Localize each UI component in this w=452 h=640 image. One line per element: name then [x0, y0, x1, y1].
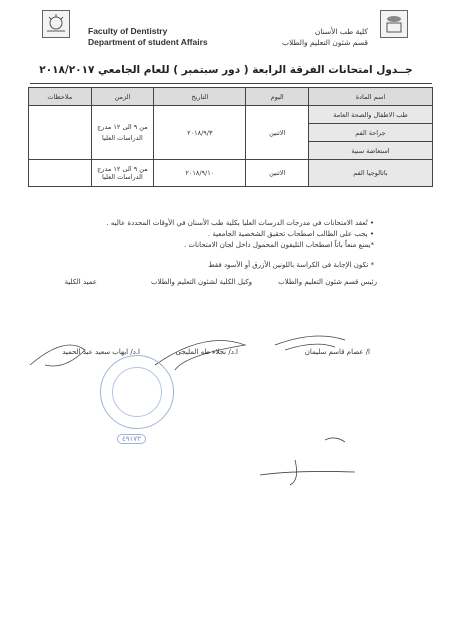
header-notes: ملاحظات [29, 88, 92, 106]
faculty-name-en: Faculty of Dentistry [88, 26, 208, 37]
signatory-name: ا.د/ نجلاء طه المليجى [176, 348, 239, 356]
notes-cell [29, 106, 92, 160]
department-name-en: Department of student Affairs [88, 37, 208, 48]
date-cell: ٢٠١٨/٩/١٠ [154, 160, 246, 187]
signatory-name: ا.د/ ايهاب سعيد عبد الحميد [62, 348, 140, 356]
header-subject: اسم المادة [308, 88, 432, 106]
stamp-number: ٤٩١٧٣ [117, 434, 146, 444]
subject-cell: جراحة الفم [308, 124, 432, 142]
signatory-title: رئيس قسم شئون التعليم والطلاب [278, 278, 377, 286]
day-cell: الاثنين [246, 160, 309, 187]
signatory-title: وكيل الكلية لشئون التعليم والطلاب [151, 278, 252, 286]
time-cell: من ٩ الى ١٢ مدرج الدراسات العليا [91, 160, 154, 187]
table-row: باثالوجيا الفم الاثنين ٢٠١٨/٩/١٠ من ٩ ال… [29, 160, 433, 187]
subject-cell: طب الاطفال والصحة العامة [308, 106, 432, 124]
instruction-item: تُعقد الامتحانات في مدرجات الدرسات العلي… [106, 218, 374, 229]
table-row: طب الاطفال والصحة العامة الاثنين ٢٠١٨/٩/… [29, 106, 433, 124]
header-time: الزمن [91, 88, 154, 106]
subject-cell: استعاضة سنية [308, 142, 432, 160]
faculty-logo [380, 10, 408, 38]
university-logo [42, 10, 70, 38]
header-day: اليوم [246, 88, 309, 106]
header-english: Faculty of Dentistry Department of stude… [88, 26, 208, 48]
exam-instructions: تُعقد الامتحانات في مدرجات الدرسات العلي… [106, 218, 374, 271]
department-name-ar: قسم شئون التعليم والطلاب [282, 37, 368, 48]
faculty-name-ar: كلية طب الأسنان [282, 26, 368, 37]
exam-schedule-table: اسم المادة اليوم التاريخ الزمن ملاحظات ط… [28, 87, 433, 187]
time-cell: من ٩ الى ١٢ مدرج الدراسات العليا [91, 106, 154, 160]
signatory-name: ا/ عصام قاسم سليمان [305, 348, 370, 356]
header-date: التاريخ [154, 88, 246, 106]
handwritten-signature [255, 430, 365, 490]
table-header-row: اسم المادة اليوم التاريخ الزمن ملاحظات [29, 88, 433, 106]
instruction-item: * تكون الإجابة فى الكراسة باللونين الأزر… [106, 260, 374, 271]
signatory-title: عميد الكلية [65, 278, 97, 286]
day-cell: الاثنين [246, 106, 309, 160]
header-arabic: كلية طب الأسنان قسم شئون التعليم والطلاب [282, 26, 368, 48]
date-cell: ٢٠١٨/٩/٣ [154, 106, 246, 160]
official-stamp [100, 355, 174, 429]
instruction-item: *يمنع منعاً باتاً اصطحاب التليفون المحمو… [106, 240, 374, 251]
notes-cell [29, 160, 92, 187]
page-title: جــدول امتحانات الفرقة الرابعة ( دور سبت… [0, 64, 452, 76]
subject-cell: باثالوجيا الفم [308, 160, 432, 187]
divider [30, 83, 432, 84]
instruction-item: يجب على الطالب اصطحاب تحقيق الشخصية الجا… [106, 229, 374, 240]
